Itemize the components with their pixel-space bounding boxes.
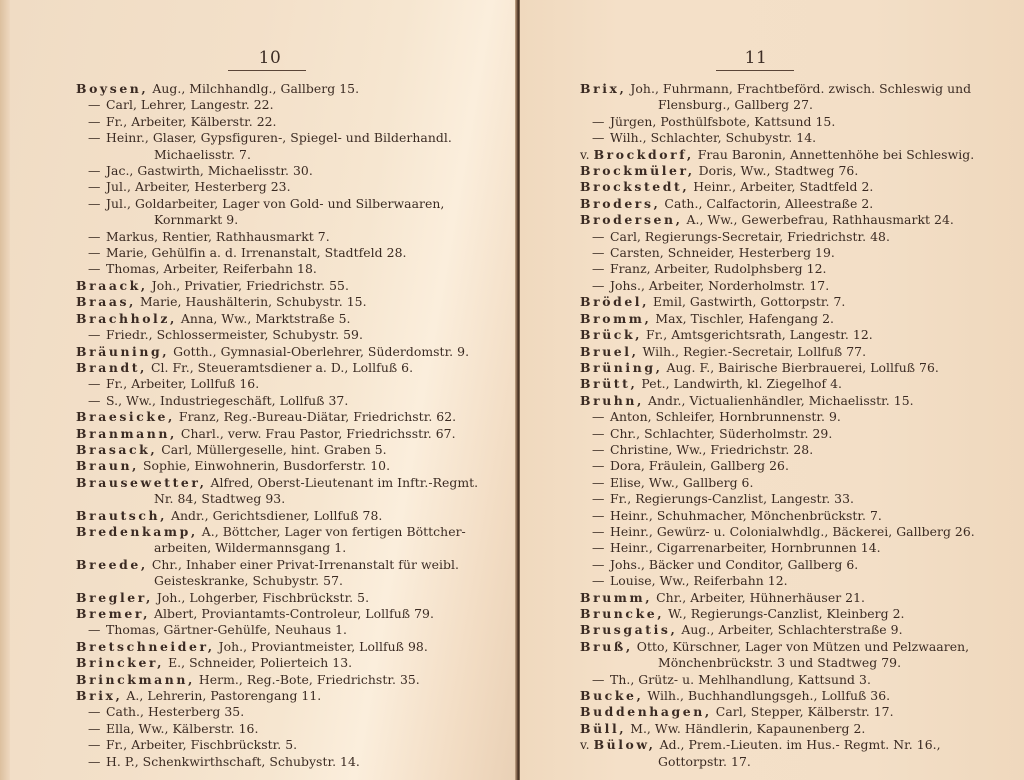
directory-entry: Braun, Sophie, Einwohnerin, Busdorferstr… [76,458,506,474]
directory-entry: Brodersen, A., Ww., Gewerbefrau, Rathhau… [580,212,1010,228]
entry-details: Aug., Milchhandlg., Gallberg 15. [148,81,359,96]
surname: Brockmüler, [580,163,695,178]
entry-details: Dora, Fräulein, Gallberg 26. [610,458,789,473]
entry-details: A., Böttcher, Lager von fertigen Böttche… [198,524,466,539]
surname: Brumm, [580,590,652,605]
directory-entries-right: Brix, Joh., Fuhrmann, Frachtbeförd. zwis… [580,81,1010,770]
entry-details: Elise, Ww., Gallberg 6. [610,475,753,490]
directory-entry-continuation: Michaelisstr. 7. [76,147,506,163]
directory-entry: Bregler, Joh., Lohgerber, Fischbrückstr.… [76,590,506,606]
ditto-dash: — [592,426,610,442]
directory-entry-continuation: Geisteskranke, Schubystr. 57. [76,573,506,589]
entry-details: Markus, Rentier, Rathhausmarkt 7. [106,229,330,244]
entry-details: Heinr., Schuhmacher, Mönchenbrückstr. 7. [610,508,882,523]
entry-details: Louise, Ww., Reiferbahn 12. [610,573,788,588]
entry-details: M., Ww. Händlerin, Kapaunenberg 2. [626,721,865,736]
entry-details: Anna, Ww., Marktstraße 5. [177,311,351,326]
entry-details: Cl. Fr., Steueramtsdiener a. D., Lollfuß… [147,360,413,375]
entry-details: Chr., Arbeiter, Hühnerhäuser 21. [652,590,865,605]
directory-sub-entry: —Heinr., Gewürz- u. Colonialwhdlg., Bäck… [580,524,1010,540]
surname: Büll, [580,721,626,736]
surname: Brandt, [76,360,147,375]
entry-details: Max, Tischler, Hafengang 2. [651,311,834,326]
ditto-dash: — [88,622,106,638]
ditto-dash: — [88,704,106,720]
directory-sub-entry: —Carsten, Schneider, Hesterberg 19. [580,245,1010,261]
ditto-dash: — [88,163,106,179]
directory-sub-entry: —Thomas, Gärtner-Gehülfe, Neuhaus 1. [76,622,506,638]
directory-entry-continuation: Gottorpstr. 17. [580,754,1010,770]
entry-details: S., Ww., Industriegeschäft, Lollfuß 37. [106,393,348,408]
entry-details: Thomas, Arbeiter, Reiferbahn 18. [106,261,317,276]
surname: Braack, [76,278,148,293]
directory-entry: Brincker, E., Schneider, Polierteich 13. [76,655,506,671]
entry-details: Joh., Proviantmeister, Lollfuß 98. [215,639,428,654]
page-number-left: 10 [230,48,310,68]
directory-sub-entry: —H. P., Schenkwirthschaft, Schubystr. 14… [76,754,506,770]
entry-details: Friedr., Schlossermeister, Schubystr. 59… [106,327,363,342]
page-number-rule [716,70,794,71]
ditto-dash: — [88,737,106,753]
entry-details: Heinr., Arbeiter, Stadtfeld 2. [689,179,873,194]
surname: Brödel, [580,294,649,309]
surname: Brodersen, [580,212,683,227]
ditto-dash: — [88,327,106,343]
name-prefix: v. [580,147,594,162]
entry-details: Franz, Reg.-Bureau-Diätar, Friedrichstr.… [175,409,456,424]
directory-entry: Brix, A., Lehrerin, Pastorengang 11. [76,688,506,704]
directory-sub-entry: —Franz, Arbeiter, Rudolphsberg 12. [580,261,1010,277]
directory-sub-entry: —Thomas, Arbeiter, Reiferbahn 18. [76,261,506,277]
surname: Bülow, [594,737,656,752]
ditto-dash: — [592,261,610,277]
entry-details: Christine, Ww., Friedrichstr. 28. [610,442,813,457]
entry-details: Frau Baronin, Annettenhöhe bei Schleswig… [694,147,974,162]
book-spread: 10 Boysen, Aug., Milchhandlg., Gallberg … [0,0,1024,780]
entry-details: Jul., Goldarbeiter, Lager von Gold- und … [106,196,444,211]
directory-entry-continuation: Nr. 84, Stadtweg 93. [76,491,506,507]
surname: Brix, [580,81,626,96]
directory-sub-entry: —Jürgen, Posthülfsbote, Kattsund 15. [580,114,1010,130]
surname: Bruß, [580,639,633,654]
directory-entry: Büll, M., Ww. Händlerin, Kapaunenberg 2. [580,721,1010,737]
surname: Buddenhagen, [580,704,712,719]
surname: Branmann, [76,426,177,441]
directory-entry: Brautsch, Andr., Gerichtsdiener, Lollfuß… [76,508,506,524]
page-number-right: 11 [716,48,796,68]
surname: Bretschneider, [76,639,215,654]
directory-entry: Braack, Joh., Privatier, Friedrichstr. 5… [76,278,506,294]
ditto-dash: — [592,278,610,294]
right-page: 11 Brix, Joh., Fuhrmann, Frachtbeförd. z… [520,0,1024,780]
directory-entry: v. Bülow, Ad., Prem.-Lieuten. im Hus.- R… [580,737,1010,753]
directory-sub-entry: —Johs., Arbeiter, Norderholmstr. 17. [580,278,1010,294]
entry-details: Fr., Arbeiter, Kälberstr. 22. [106,114,277,129]
surname: Broders, [580,196,660,211]
ditto-dash: — [88,754,106,770]
entry-details: Heinr., Glaser, Gypsfiguren-, Spiegel- u… [106,130,452,145]
ditto-dash: — [592,475,610,491]
ditto-dash: — [88,179,106,195]
surname: Braesicke, [76,409,175,424]
entry-details: Jul., Arbeiter, Hesterberg 23. [106,179,291,194]
directory-entry: Brockmüler, Doris, Ww., Stadtweg 76. [580,163,1010,179]
entry-details: Joh., Lohgerber, Fischbrückstr. 5. [153,590,369,605]
directory-sub-entry: —S., Ww., Industriegeschäft, Lollfuß 37. [76,393,506,409]
entry-details: Emil, Gastwirth, Gottorpstr. 7. [649,294,845,309]
entry-details: Andr., Victualienhändler, Michaelisstr. … [644,393,914,408]
surname: Bruhn, [580,393,644,408]
entry-details: Charl., verw. Frau Pastor, Friedrichsstr… [177,426,456,441]
directory-entry: Bruß, Otto, Kürschner, Lager von Mützen … [580,639,1010,655]
surname: Brincker, [76,655,164,670]
entry-details: Carl, Lehrer, Langestr. 22. [106,97,274,112]
left-page: 10 Boysen, Aug., Milchhandlg., Gallberg … [0,0,518,780]
directory-entry: Boysen, Aug., Milchhandlg., Gallberg 15. [76,81,506,97]
surname: Bucke, [580,688,643,703]
directory-sub-entry: —Ella, Ww., Kälberstr. 16. [76,721,506,737]
ditto-dash: — [88,721,106,737]
name-prefix: v. [580,737,594,752]
directory-entry: Broders, Cath., Calfactorin, Alleestraße… [580,196,1010,212]
ditto-dash: — [88,261,106,277]
surname: Brinckmann, [76,672,195,687]
entry-details: Sophie, Einwohnerin, Busdorferstr. 10. [139,458,390,473]
surname: Bredenkamp, [76,524,198,539]
ditto-dash: — [592,245,610,261]
directory-entry: Bräuning, Gotth., Gymnasial-Oberlehrer, … [76,344,506,360]
surname: Brockdorf, [594,147,694,162]
surname: Brausewetter, [76,475,207,490]
entry-details: Wilh., Regier.-Secretair, Lollfuß 77. [639,344,867,359]
directory-entry: Brachholz, Anna, Ww., Marktstraße 5. [76,311,506,327]
entry-details: Otto, Kürschner, Lager von Mützen und Pe… [633,639,969,654]
entry-details: Doris, Ww., Stadtweg 76. [695,163,859,178]
directory-entry-continuation: Flensburg., Gallberg 27. [580,97,1010,113]
entry-details: Jürgen, Posthülfsbote, Kattsund 15. [610,114,835,129]
entry-details: arbeiten, Wildermannsgang 1. [154,540,346,555]
directory-entry-continuation: Kornmarkt 9. [76,212,506,228]
surname: Braun, [76,458,139,473]
entry-details: Aug., Arbeiter, Schlachterstraße 9. [677,622,902,637]
entry-details: Herm., Reg.-Bote, Friedrichstr. 35. [195,672,420,687]
entry-details: Gottorpstr. 17. [658,754,751,769]
directory-sub-entry: —Fr., Arbeiter, Kälberstr. 22. [76,114,506,130]
entry-details: Carl, Müllergeselle, hint. Graben 5. [157,442,386,457]
ditto-dash: — [592,573,610,589]
entry-details: Johs., Bäcker und Conditor, Gallberg 6. [610,557,858,572]
ditto-dash: — [88,245,106,261]
ditto-dash: — [592,130,610,146]
directory-entry: Brumm, Chr., Arbeiter, Hühnerhäuser 21. [580,590,1010,606]
entry-details: Cath., Calfactorin, Alleestraße 2. [660,196,873,211]
directory-sub-entry: —Christine, Ww., Friedrichstr. 28. [580,442,1010,458]
entry-details: Ella, Ww., Kälberstr. 16. [106,721,258,736]
ditto-dash: — [88,376,106,392]
entry-details: Carsten, Schneider, Hesterberg 19. [610,245,835,260]
entry-details: A., Ww., Gewerbefrau, Rathhausmarkt 24. [683,212,954,227]
ditto-dash: — [88,393,106,409]
entry-details: Michaelisstr. 7. [154,147,251,162]
directory-entry-continuation: arbeiten, Wildermannsgang 1. [76,540,506,556]
entry-details: Marie, Haushälterin, Schubystr. 15. [136,294,367,309]
surname: Braas, [76,294,136,309]
directory-sub-entry: —Fr., Arbeiter, Lollfuß 16. [76,376,506,392]
entry-details: Cath., Hesterberg 35. [106,704,244,719]
directory-sub-entry: —Wilh., Schlachter, Schubystr. 14. [580,130,1010,146]
surname: Brix, [76,688,122,703]
entry-details: Aug. F., Bairische Bierbrauerei, Lollfuß… [663,360,939,375]
directory-entries-left: Boysen, Aug., Milchhandlg., Gallberg 15.… [76,81,506,770]
entry-details: Joh., Fuhrmann, Frachtbeförd. zwisch. Sc… [626,81,971,96]
surname: Brütt, [580,376,637,391]
directory-entry: Brück, Fr., Amtsgerichtsrath, Langestr. … [580,327,1010,343]
directory-entry: Brinckmann, Herm., Reg.-Bote, Friedrichs… [76,672,506,688]
surname: Breede, [76,557,148,572]
directory-entry: Brüning, Aug. F., Bairische Bierbrauerei… [580,360,1010,376]
ditto-dash: — [88,114,106,130]
directory-sub-entry: —Fr., Regierungs-Canzlist, Langestr. 33. [580,491,1010,507]
directory-entry: Brasack, Carl, Müllergeselle, hint. Grab… [76,442,506,458]
directory-sub-entry: —Elise, Ww., Gallberg 6. [580,475,1010,491]
directory-entry: Brusgatis, Aug., Arbeiter, Schlachterstr… [580,622,1010,638]
directory-entry: Branmann, Charl., verw. Frau Pastor, Fri… [76,426,506,442]
ditto-dash: — [592,409,610,425]
entry-details: A., Lehrerin, Pastorengang 11. [122,688,321,703]
directory-sub-entry: —Dora, Fräulein, Gallberg 26. [580,458,1010,474]
entry-details: Carl, Regierungs-Secretair, Friedrichstr… [610,229,890,244]
ditto-dash: — [592,508,610,524]
directory-sub-entry: —Heinr., Glaser, Gypsfiguren-, Spiegel- … [76,130,506,146]
entry-details: Gotth., Gymnasial-Oberlehrer, Süderdomst… [169,344,469,359]
directory-sub-entry: —Jul., Goldarbeiter, Lager von Gold- und… [76,196,506,212]
entry-details: Jac., Gastwirth, Michaelisstr. 30. [106,163,313,178]
directory-entry: Bretschneider, Joh., Proviantmeister, Lo… [76,639,506,655]
directory-entry: Braas, Marie, Haushälterin, Schubystr. 1… [76,294,506,310]
entry-details: W., Regierungs-Canzlist, Kleinberg 2. [664,606,904,621]
surname: Bromm, [580,311,651,326]
surname: Bremer, [76,606,150,621]
entry-details: Alfred, Oberst-Lieutenant im Inftr.-Regm… [207,475,479,490]
directory-entry: Bruel, Wilh., Regier.-Secretair, Lollfuß… [580,344,1010,360]
ditto-dash: — [592,557,610,573]
surname: Brachholz, [76,311,177,326]
directory-entry: Brütt, Pet., Landwirth, kl. Ziegelhof 4. [580,376,1010,392]
ditto-dash: — [592,114,610,130]
ditto-dash: — [88,196,106,212]
ditto-dash: — [88,229,106,245]
entry-details: Wilh., Schlachter, Schubystr. 14. [610,130,816,145]
directory-entry: Brix, Joh., Fuhrmann, Frachtbeförd. zwis… [580,81,1010,97]
entry-details: Franz, Arbeiter, Rudolphsberg 12. [610,261,827,276]
entry-details: Flensburg., Gallberg 27. [658,97,813,112]
entry-details: Fr., Regierungs-Canzlist, Langestr. 33. [610,491,854,506]
directory-entry-continuation: Mönchenbrückstr. 3 und Stadtweg 79. [580,655,1010,671]
surname: Brautsch, [76,508,167,523]
directory-sub-entry: —Friedr., Schlossermeister, Schubystr. 5… [76,327,506,343]
entry-details: Ad., Prem.-Lieuten. im Hus.- Regmt. Nr. … [656,737,941,752]
entry-details: Th., Grütz- u. Mehlhandlung, Kattsund 3. [610,672,871,687]
directory-entry: Bremer, Albert, Proviantamts-Controleur,… [76,606,506,622]
ditto-dash: — [592,540,610,556]
surname: Brasack, [76,442,157,457]
directory-entry: Bucke, Wilh., Buchhandlungsgeh., Lollfuß… [580,688,1010,704]
surname: Brück, [580,327,642,342]
directory-sub-entry: —Heinr., Cigarrenarbeiter, Hornbrunnen 1… [580,540,1010,556]
directory-entry: Brausewetter, Alfred, Oberst-Lieutenant … [76,475,506,491]
entry-details: Pet., Landwirth, kl. Ziegelhof 4. [637,376,842,391]
directory-sub-entry: —Fr., Arbeiter, Fischbrückstr. 5. [76,737,506,753]
directory-sub-entry: —Jac., Gastwirth, Michaelisstr. 30. [76,163,506,179]
entry-details: Kornmarkt 9. [154,212,238,227]
entry-details: Marie, Gehülfin a. d. Irrenanstalt, Stad… [106,245,407,260]
entry-details: Albert, Proviantamts-Controleur, Lollfuß… [150,606,434,621]
directory-sub-entry: —Johs., Bäcker und Conditor, Gallberg 6. [580,557,1010,573]
surname: Brusgatis, [580,622,677,637]
directory-sub-entry: —Carl, Lehrer, Langestr. 22. [76,97,506,113]
entry-details: Mönchenbrückstr. 3 und Stadtweg 79. [658,655,901,670]
directory-sub-entry: —Carl, Regierungs-Secretair, Friedrichst… [580,229,1010,245]
directory-sub-entry: —Markus, Rentier, Rathhausmarkt 7. [76,229,506,245]
ditto-dash: — [592,491,610,507]
entry-details: Heinr., Gewürz- u. Colonialwhdlg., Bäcke… [610,524,975,539]
entry-details: Joh., Privatier, Friedrichstr. 55. [148,278,349,293]
surname: Brockstedt, [580,179,689,194]
directory-sub-entry: —Cath., Hesterberg 35. [76,704,506,720]
surname: Bruncke, [580,606,664,621]
directory-entry: Bruhn, Andr., Victualienhändler, Michael… [580,393,1010,409]
directory-entry: Bromm, Max, Tischler, Hafengang 2. [580,311,1010,327]
entry-details: Anton, Schleifer, Hornbrunnenstr. 9. [610,409,841,424]
entry-details: Chr., Schlachter, Süderholmstr. 29. [610,426,832,441]
ditto-dash: — [592,672,610,688]
directory-sub-entry: —Louise, Ww., Reiferbahn 12. [580,573,1010,589]
directory-entry: Brödel, Emil, Gastwirth, Gottorpstr. 7. [580,294,1010,310]
directory-sub-entry: —Chr., Schlachter, Süderholmstr. 29. [580,426,1010,442]
directory-entry: Breede, Chr., Inhaber einer Privat-Irren… [76,557,506,573]
ditto-dash: — [592,229,610,245]
ditto-dash: — [88,97,106,113]
directory-entry: Brandt, Cl. Fr., Steueramtsdiener a. D.,… [76,360,506,376]
entry-details: Thomas, Gärtner-Gehülfe, Neuhaus 1. [106,622,347,637]
ditto-dash: — [592,524,610,540]
directory-sub-entry: —Th., Grütz- u. Mehlhandlung, Kattsund 3… [580,672,1010,688]
directory-sub-entry: —Anton, Schleifer, Hornbrunnenstr. 9. [580,409,1010,425]
entry-details: Wilh., Buchhandlungsgeh., Lollfuß 36. [643,688,890,703]
directory-entry: Bredenkamp, A., Böttcher, Lager von fert… [76,524,506,540]
entry-details: Johs., Arbeiter, Norderholmstr. 17. [610,278,829,293]
ditto-dash: — [592,458,610,474]
directory-sub-entry: —Jul., Arbeiter, Hesterberg 23. [76,179,506,195]
ditto-dash: — [592,442,610,458]
entry-details: Fr., Arbeiter, Lollfuß 16. [106,376,259,391]
surname: Boysen, [76,81,148,96]
surname: Bregler, [76,590,153,605]
entry-details: H. P., Schenkwirthschaft, Schubystr. 14. [106,754,360,769]
entry-details: Fr., Amtsgerichtsrath, Langestr. 12. [642,327,873,342]
ditto-dash: — [88,130,106,146]
directory-entry: Buddenhagen, Carl, Stepper, Kälberstr. 1… [580,704,1010,720]
entry-details: Andr., Gerichtsdiener, Lollfuß 78. [167,508,382,523]
directory-entry: Bruncke, W., Regierungs-Canzlist, Kleinb… [580,606,1010,622]
directory-sub-entry: —Marie, Gehülfin a. d. Irrenanstalt, Sta… [76,245,506,261]
directory-sub-entry: —Heinr., Schuhmacher, Mönchenbrückstr. 7… [580,508,1010,524]
entry-details: E., Schneider, Polierteich 13. [164,655,352,670]
entry-details: Fr., Arbeiter, Fischbrückstr. 5. [106,737,297,752]
directory-entry: v. Brockdorf, Frau Baronin, Annettenhöhe… [580,147,1010,163]
surname: Bruel, [580,344,639,359]
directory-entry: Brockstedt, Heinr., Arbeiter, Stadtfeld … [580,179,1010,195]
surname: Bräuning, [76,344,169,359]
entry-details: Chr., Inhaber einer Privat-Irrenanstalt … [148,557,459,572]
entry-details: Geisteskranke, Schubystr. 57. [154,573,343,588]
entry-details: Nr. 84, Stadtweg 93. [154,491,285,506]
surname: Brüning, [580,360,663,375]
directory-entry: Braesicke, Franz, Reg.-Bureau-Diätar, Fr… [76,409,506,425]
entry-details: Heinr., Cigarrenarbeiter, Hornbrunnen 14… [610,540,881,555]
entry-details: Carl, Stepper, Kälberstr. 17. [712,704,894,719]
page-number-rule [228,70,306,71]
